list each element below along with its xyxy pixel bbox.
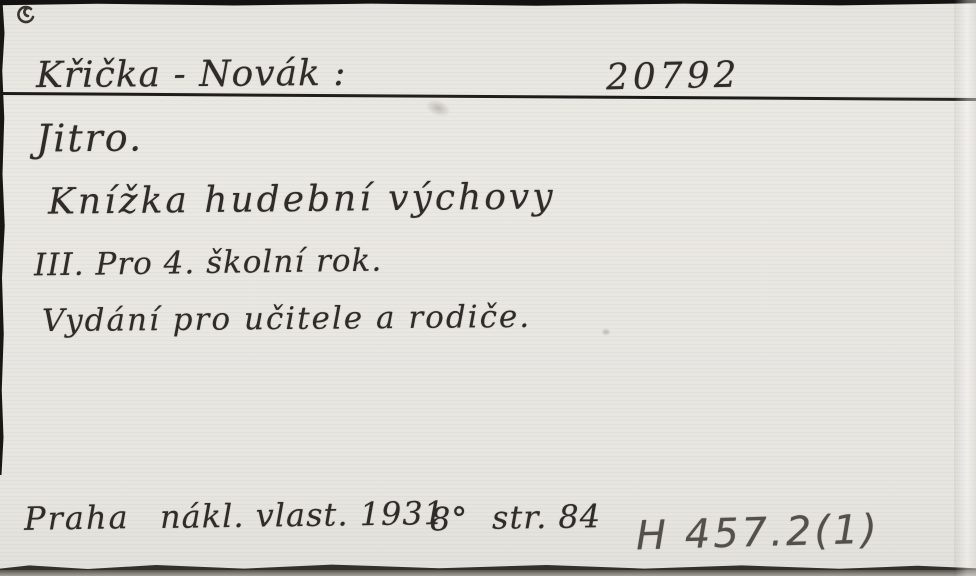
- imprint-publisher-year: nákl. vlast. 1931: [160, 494, 446, 536]
- edition-line: Vydání pro učitele a rodiče.: [42, 299, 531, 339]
- scan-edge-top: [0, 0, 976, 6]
- imprint-place: Praha: [24, 498, 130, 538]
- catalog-card: Křička - Novák : 20792 Jitro. Knížka hud…: [0, 0, 976, 576]
- imprint-format: 8°: [430, 500, 469, 539]
- scan-background: { "card": { "corner_mark": "spiral-mark"…: [0, 0, 976, 576]
- header-rule-divider: [0, 92, 976, 101]
- series-line: Knížka hudební výchovy: [48, 176, 556, 222]
- scan-smudge: [601, 328, 611, 336]
- title-line: Jitro.: [36, 116, 144, 161]
- volume-line: III. Pro 4. školní rok.: [34, 243, 383, 284]
- spiral-mark-icon: [14, 3, 40, 29]
- author-heading: Křička - Novák :: [36, 53, 347, 96]
- scan-edge-right-shade: [954, 0, 976, 576]
- shelfmark-text: H 457.2(1): [635, 507, 880, 560]
- imprint-pages: str. 84: [492, 497, 602, 537]
- scan-edge-bottom-shade: [0, 570, 976, 576]
- scan-edge-left: [0, 5, 5, 475]
- scan-smudge: [423, 96, 453, 120]
- accession-number: 20792: [606, 55, 741, 99]
